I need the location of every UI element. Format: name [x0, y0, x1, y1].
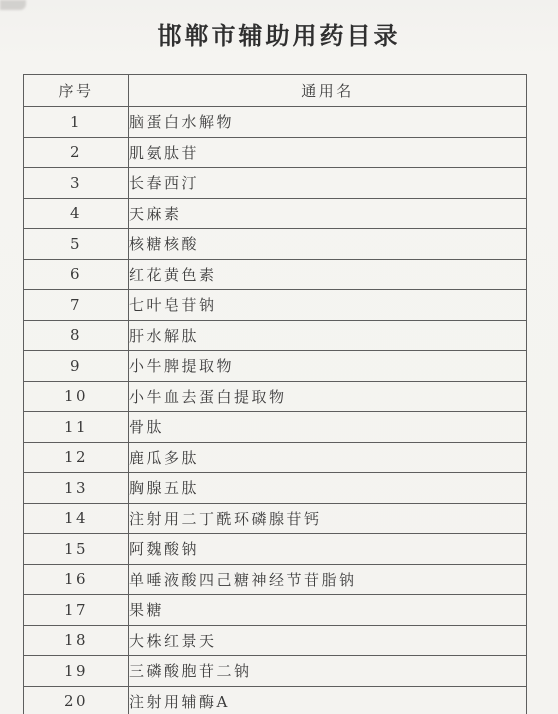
table-row: 17 果糖 — [24, 595, 527, 626]
drug-name-cell: 单唾液酸四己糖神经节苷脂钠 — [129, 564, 527, 595]
table-row: 19 三磷酸胞苷二钠 — [24, 656, 527, 687]
row-index-cell: 17 — [24, 595, 129, 626]
table-row: 12 鹿瓜多肽 — [24, 442, 527, 473]
row-index-cell: 10 — [24, 381, 129, 412]
table-row: 15 阿魏酸钠 — [24, 534, 527, 565]
drug-name-cell: 三磷酸胞苷二钠 — [129, 656, 527, 687]
drug-name-cell: 长春西汀 — [129, 168, 527, 199]
drug-name-cell: 大株红景天 — [129, 625, 527, 656]
table-row: 10 小牛血去蛋白提取物 — [24, 381, 527, 412]
table-row: 20 注射用辅酶A — [24, 686, 527, 714]
row-index-cell: 15 — [24, 534, 129, 565]
table-row: 3 长春西汀 — [24, 168, 527, 199]
row-index-cell: 19 — [24, 656, 129, 687]
table-row: 8 肝水解肽 — [24, 320, 527, 351]
table-row: 7 七叶皂苷钠 — [24, 290, 527, 321]
table-row: 14 注射用二丁酰环磷腺苷钙 — [24, 503, 527, 534]
table-row: 18 大株红景天 — [24, 625, 527, 656]
row-index-cell: 20 — [24, 686, 129, 714]
table-row: 11 骨肽 — [24, 412, 527, 443]
table-row: 16 单唾液酸四己糖神经节苷脂钠 — [24, 564, 527, 595]
row-index-cell: 7 — [24, 290, 129, 321]
table-row: 5 核糖核酸 — [24, 229, 527, 260]
table-row: 13 胸腺五肽 — [24, 473, 527, 504]
drug-name-cell: 注射用辅酶A — [129, 686, 527, 714]
table-body: 1 脑蛋白水解物 2 肌氨肽苷 3 长春西汀 4 天麻素 5 核糖核酸 6 红花… — [24, 107, 527, 714]
row-index-cell: 14 — [24, 503, 129, 534]
row-index-cell: 9 — [24, 351, 129, 382]
scan-artifact — [0, 0, 26, 10]
row-index-cell: 11 — [24, 412, 129, 443]
row-index-cell: 18 — [24, 625, 129, 656]
table-row: 4 天麻素 — [24, 198, 527, 229]
drug-catalog-table: 序号 通用名 1 脑蛋白水解物 2 肌氨肽苷 3 长春西汀 4 天麻素 5 — [23, 74, 527, 714]
drug-name-cell: 注射用二丁酰环磷腺苷钙 — [129, 503, 527, 534]
document-page: 邯郸市辅助用药目录 序号 通用名 1 脑蛋白水解物 2 肌氨肽苷 3 长春西汀 — [0, 0, 558, 714]
row-index-cell: 16 — [24, 564, 129, 595]
row-index-cell: 6 — [24, 259, 129, 290]
drug-name-cell: 天麻素 — [129, 198, 527, 229]
drug-name-cell: 小牛血去蛋白提取物 — [129, 381, 527, 412]
drug-name-cell: 肌氨肽苷 — [129, 137, 527, 168]
drug-name-cell: 果糖 — [129, 595, 527, 626]
drug-name-cell: 阿魏酸钠 — [129, 534, 527, 565]
row-index-cell: 1 — [24, 107, 129, 138]
drug-name-cell: 七叶皂苷钠 — [129, 290, 527, 321]
row-index-cell: 12 — [24, 442, 129, 473]
table-row: 6 红花黄色素 — [24, 259, 527, 290]
drug-name-cell: 鹿瓜多肽 — [129, 442, 527, 473]
row-index-cell: 13 — [24, 473, 129, 504]
row-index-cell: 8 — [24, 320, 129, 351]
row-index-cell: 4 — [24, 198, 129, 229]
drug-name-cell: 红花黄色素 — [129, 259, 527, 290]
col-header-index: 序号 — [24, 75, 129, 107]
drug-name-cell: 肝水解肽 — [129, 320, 527, 351]
row-index-cell: 5 — [24, 229, 129, 260]
col-header-name: 通用名 — [129, 75, 527, 107]
table-row: 9 小牛脾提取物 — [24, 351, 527, 382]
table-row: 2 肌氨肽苷 — [24, 137, 527, 168]
drug-name-cell: 小牛脾提取物 — [129, 351, 527, 382]
drug-name-cell: 核糖核酸 — [129, 229, 527, 260]
drug-name-cell: 脑蛋白水解物 — [129, 107, 527, 138]
row-index-cell: 3 — [24, 168, 129, 199]
drug-name-cell: 胸腺五肽 — [129, 473, 527, 504]
page-title: 邯郸市辅助用药目录 — [0, 16, 558, 51]
drug-name-cell: 骨肽 — [129, 412, 527, 443]
table-header-row: 序号 通用名 — [24, 75, 527, 107]
table-row: 1 脑蛋白水解物 — [24, 107, 527, 138]
row-index-cell: 2 — [24, 137, 129, 168]
